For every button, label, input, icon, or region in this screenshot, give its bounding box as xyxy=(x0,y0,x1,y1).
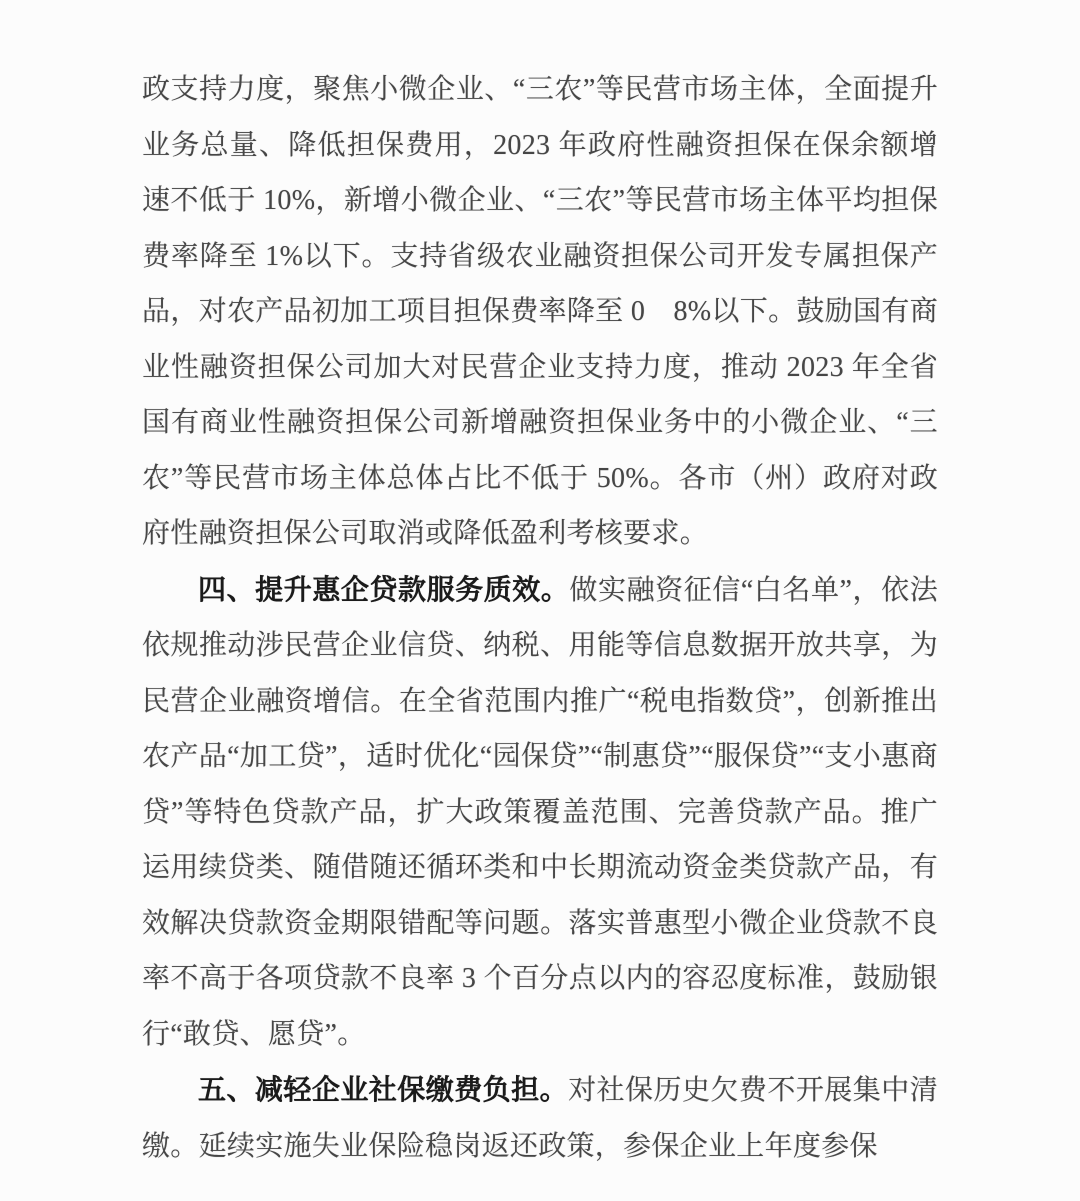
paragraph-section-4: 四、提升惠企贷款服务质效。做实融资征信“白名单”，依法依规推动涉民营企业信贷、纳… xyxy=(142,562,938,1063)
paragraph-text: 政支持力度，聚焦小微企业、“三农”等民营市场主体，全面提升业务总量、降低担保费用… xyxy=(142,74,938,549)
document-content: 政支持力度，聚焦小微企业、“三农”等民营市场主体，全面提升业务总量、降低担保费用… xyxy=(142,62,938,1174)
section-4-heading: 四、提升惠企贷款服务质效。 xyxy=(198,574,569,605)
paragraph-continuation: 政支持力度，聚焦小微企业、“三农”等民营市场主体，全面提升业务总量、降低担保费用… xyxy=(142,62,938,562)
paragraph-section-5: 五、减轻企业社保缴费负担。对社保历史欠费不开展集中清缴。延续实施失业保险稳岗返还… xyxy=(142,1062,938,1174)
section-5-heading: 五、减轻企业社保缴费负担。 xyxy=(198,1074,568,1105)
paragraph-text: 做实融资征信“白名单”，依法依规推动涉民营企业信贷、纳税、用能等信息数据开放共享… xyxy=(142,575,938,1050)
document-page: 政支持力度，聚焦小微企业、“三农”等民营市场主体，全面提升业务总量、降低担保费用… xyxy=(0,0,1080,1201)
